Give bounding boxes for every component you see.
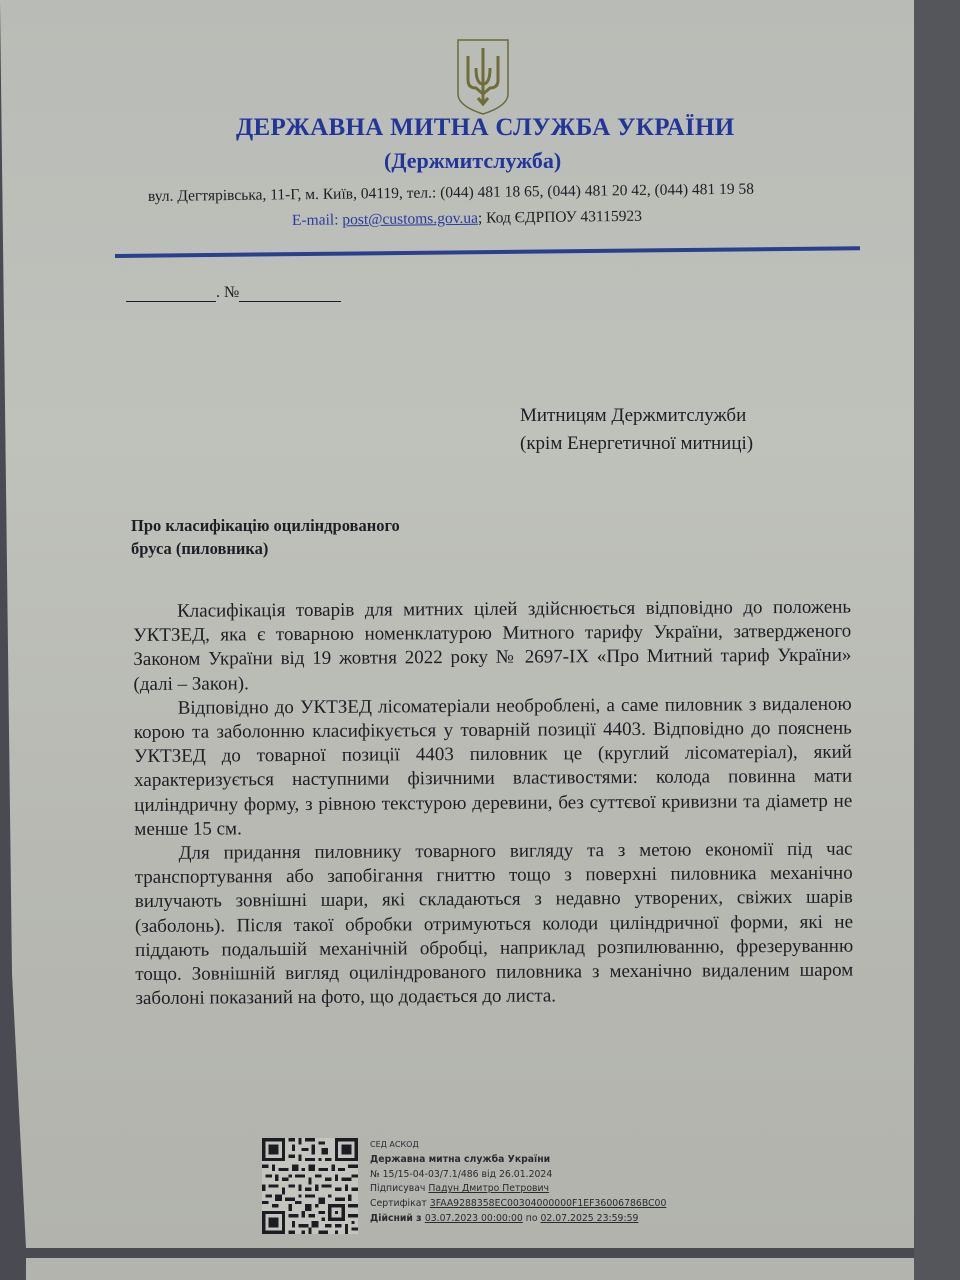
recipient-block: Митницям Держмитслужби (крім Енергетично… — [520, 402, 753, 458]
qr-code-icon — [262, 1138, 358, 1234]
signature-doc-number-line: № 15/15-04-03/7.1/486 від 26.01.2024 — [370, 1168, 666, 1183]
doc-date: 26.01.2024 — [499, 1169, 552, 1180]
date-blank — [126, 287, 216, 302]
body-paragraph: Відповідно до УКТЗЕД лісоматеріали необр… — [134, 692, 853, 842]
e-signature-stamp: СЕД АСКОД Державна митна служба України … — [370, 1138, 666, 1227]
valid-to: 02.07.2025 23:59:59 — [540, 1213, 638, 1224]
doc-number: 15/15-04-03/7.1/486 — [383, 1169, 479, 1180]
letterhead-divider — [115, 246, 860, 258]
valid-to-label: по — [523, 1213, 541, 1224]
recipient-line-1: Митницям Держмитслужби — [520, 402, 753, 430]
signature-signer-line: Підписувач Падун Дмитро Петрович — [370, 1182, 666, 1197]
organization-name: ДЕРЖАВНА МИТНА СЛУЖБА УКРАЇНИ — [236, 114, 736, 142]
email-link[interactable]: post@customs.gov.ua — [342, 210, 478, 229]
certificate-label: Сертифікат — [370, 1198, 430, 1209]
email-label: E-mail: — [292, 211, 343, 229]
organization-contacts: E-mail: post@customs.gov.ua; Код ЄДРПОУ … — [292, 208, 642, 230]
organization-address: вул. Дегтярівська, 11-Г, м. Київ, 04119,… — [148, 181, 754, 206]
signature-system: СЕД АСКОД — [370, 1138, 666, 1153]
number-blank — [239, 287, 341, 302]
valid-from: 03.07.2023 00:00:00 — [425, 1213, 523, 1224]
number-sign: . № — [216, 284, 239, 301]
signature-organization: Державна митна служба України — [370, 1153, 666, 1168]
organization-short-name: (Держмитслужба) — [384, 148, 561, 174]
letter-body: Класифікація товарів для митних цілей зд… — [133, 596, 854, 1012]
edrpou-code: ; Код ЄДРПОУ 43115923 — [478, 208, 642, 227]
trident-icon — [456, 38, 510, 116]
document-page: ДЕРЖАВНА МИТНА СЛУЖБА УКРАЇНИ (Держмитсл… — [0, 0, 914, 1248]
recipient-line-2: (крім Енергетичної митниці) — [520, 430, 753, 458]
signer-name: Падун Дмитро Петрович — [428, 1183, 549, 1194]
doc-date-label: від — [479, 1169, 499, 1180]
next-page-edge — [26, 1258, 914, 1280]
subject-block: Про класифікацію оциліндрованого бруса (… — [131, 514, 400, 560]
subject-line-1: Про класифікацію оциліндрованого — [131, 514, 400, 537]
subject-line-2: бруса (пиловника) — [131, 537, 400, 560]
registration-line: . № — [126, 284, 341, 302]
body-paragraph: Класифікація товарів для митних цілей зд… — [133, 596, 852, 697]
background-edge — [914, 0, 960, 1280]
doc-number-prefix: № — [370, 1169, 383, 1180]
signature-validity-line: Дійсний з 03.07.2023 00:00:00 по 02.07.2… — [370, 1212, 666, 1227]
signature-certificate-line: Сертифікат 3FAA9288358EC00304000000F1EF3… — [370, 1197, 666, 1212]
certificate-id: 3FAA9288358EC00304000000F1EF36006786BC00 — [430, 1198, 667, 1209]
signer-label: Підписувач — [370, 1183, 428, 1194]
body-paragraph: Для придання пиловнику товарного вигляду… — [134, 838, 853, 1012]
valid-label: Дійсний з — [370, 1213, 425, 1224]
